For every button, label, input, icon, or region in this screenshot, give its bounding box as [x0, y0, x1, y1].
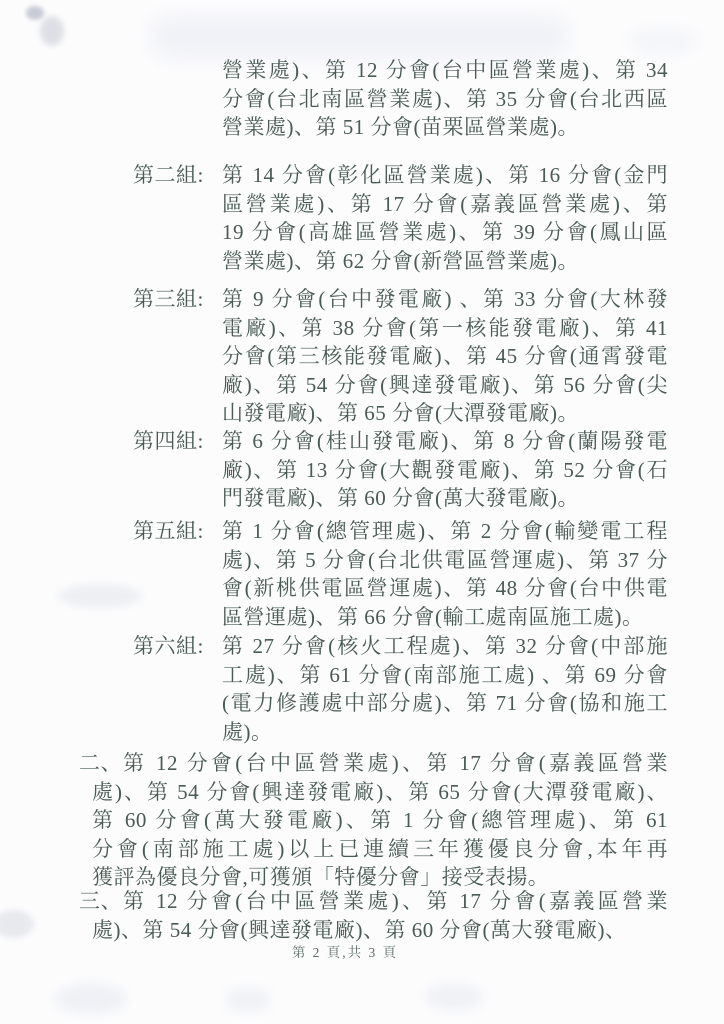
text-line: 第 9 分會(台中發電廠) 、第 33 分會(大林發	[222, 285, 668, 314]
text-line: 處)、第 5 分會(台北供電區營運處)、第 37 分	[222, 546, 668, 575]
text-line: 區營業處)、第 17 分會(嘉義區營業處)、第	[222, 190, 668, 219]
text-line: 會(新桃供電區營運處)、第 48 分會(台中供電	[222, 574, 668, 603]
page-number-footer: 第 2 頁,共 3 頁	[0, 941, 690, 961]
text-line: 營業處)、第 12 分會(台中區營業處)、第 34	[222, 56, 668, 85]
text-line: 處)、第 54 分會(興達發電廠)、第 60 分會(萬大發電廠)、	[92, 916, 668, 945]
item-number: 三、	[79, 887, 123, 916]
group-text: 營業處)、第 12 分會(台中區營業處)、第 34分會(台北南區營業處)、第 3…	[222, 56, 668, 142]
group-text: 第 27 分會(核火工程處)、第 32 分會(中部施工處)、第 61 分會(南部…	[222, 632, 668, 746]
text-line: 第 1 分會(總管理處)、第 2 分會(輸變電工程	[222, 517, 668, 546]
text-line: 門發電廠)、第 60 分會(萬大發電廠)。	[222, 484, 668, 513]
text-line: 分會(台北南區營業處)、第 35 分會(台北西區	[222, 85, 668, 114]
group-text: 第 6 分會(桂山發電廠)、第 8 分會(蘭陽發電廠)、第 13 分會(大觀發電…	[222, 427, 668, 513]
text-line: 第 60 分會(萬大發電廠)、第 1 分會(總管理處)、第 61	[92, 806, 668, 835]
group-label: 第二組:	[133, 161, 222, 190]
group-paragraph: 第四組:第 6 分會(桂山發電廠)、第 8 分會(蘭陽發電廠)、第 13 分會(…	[133, 427, 668, 513]
group-paragraph: 第二組:第 14 分會(彰化區營業處)、第 16 分會(金門區營業處)、第 17…	[133, 161, 668, 275]
group-text: 第 14 分會(彰化區營業處)、第 16 分會(金門區營業處)、第 17 分會(…	[222, 161, 668, 275]
text-line: 電廠)、第 38 分會(第一核能發電廠)、第 41	[222, 314, 668, 343]
numbered-item: 二、第 12 分會(台中區營業處)、第 17 分會(嘉義區營業處)、第 54 分…	[79, 749, 668, 892]
group-label: 第四組:	[133, 427, 222, 456]
group-paragraph: 第六組:第 27 分會(核火工程處)、第 32 分會(中部施工處)、第 61 分…	[133, 632, 668, 746]
item-first-line: 三、第 12 分會(台中區營業處)、第 17 分會(嘉義區營業	[79, 887, 668, 916]
text-line: 第 12 分會(台中區營業處)、第 17 分會(嘉義區營業	[123, 887, 668, 916]
scanned-page: 營業處)、第 12 分會(台中區營業處)、第 34分會(台北南區營業處)、第 3…	[0, 0, 724, 1024]
group-text: 第 1 分會(總管理處)、第 2 分會(輸變電工程處)、第 5 分會(台北供電區…	[222, 517, 668, 631]
text-line: 營業處)、第 51 分會(苗栗區營業處)。	[222, 113, 668, 142]
text-line: 第 14 分會(彰化區營業處)、第 16 分會(金門	[222, 161, 668, 190]
text-line: 廠)、第 13 分會(大觀發電廠)、第 52 分會(石	[222, 456, 668, 485]
item-number: 二、	[79, 749, 123, 778]
group-paragraph: 第三組:第 9 分會(台中發電廠) 、第 33 分會(大林發電廠)、第 38 分…	[133, 285, 668, 428]
text-line: 19 分會(高雄區營業處)、第 39 分會(鳳山區	[222, 218, 668, 247]
text-line: 廠)、第 54 分會(興達發電廠)、第 56 分會(尖	[222, 371, 668, 400]
text-line: 工處)、第 61 分會(南部施工處) 、第 69 分會	[222, 661, 668, 690]
text-line: 營業處)、第 62 分會(新營區營業處)。	[222, 247, 668, 276]
group-text: 第 9 分會(台中發電廠) 、第 33 分會(大林發電廠)、第 38 分會(第一…	[222, 285, 668, 428]
text-line: 區營運處)、第 66 分會(輸工處南區施工處)。	[222, 603, 668, 632]
item-first-line: 二、第 12 分會(台中區營業處)、第 17 分會(嘉義區營業	[79, 749, 668, 778]
text-line: 第 27 分會(核火工程處)、第 32 分會(中部施	[222, 632, 668, 661]
text-line: 第 6 分會(桂山發電廠)、第 8 分會(蘭陽發電	[222, 427, 668, 456]
group-label: 第六組:	[133, 632, 222, 661]
text-line: 第 12 分會(台中區營業處)、第 17 分會(嘉義區營業	[123, 749, 668, 778]
group-label: 第五組:	[133, 517, 222, 546]
text-line: 分會(第三核能發電廠)、第 45 分會(通霄發電	[222, 342, 668, 371]
group-paragraph: 第五組:第 1 分會(總管理處)、第 2 分會(輸變電工程處)、第 5 分會(台…	[133, 517, 668, 631]
text-line: 山發電廠)、第 65 分會(大潭發電廠)。	[222, 399, 668, 428]
document-body: 營業處)、第 12 分會(台中區營業處)、第 34分會(台北南區營業處)、第 3…	[0, 0, 724, 1024]
text-line: (電力修護處中部分處)、第 71 分會(協和施工	[222, 689, 668, 718]
numbered-item: 三、第 12 分會(台中區營業處)、第 17 分會(嘉義區營業處)、第 54 分…	[79, 887, 668, 944]
text-line: 分會(南部施工處)以上已連續三年獲優良分會,本年再	[92, 835, 668, 864]
group-label: 第三組:	[133, 285, 222, 314]
text-line: 處)。	[222, 718, 668, 747]
group-paragraph: 營業處)、第 12 分會(台中區營業處)、第 34分會(台北南區營業處)、第 3…	[133, 56, 668, 142]
text-line: 處)、第 54 分會(興達發電廠)、第 65 分會(大潭發電廠)、	[92, 778, 668, 807]
